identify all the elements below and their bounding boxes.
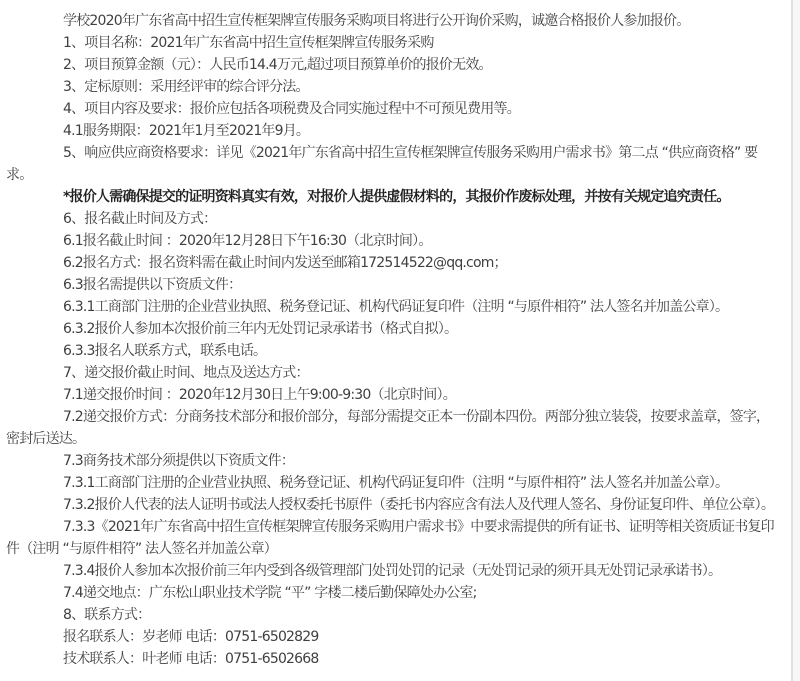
document-line: 学校2020年广东省高中招生宣传框架牌宣传服务采购项目将进行公开询价采购，诚邀合… — [6, 10, 786, 32]
document-line: 6.3.1工商部门注册的企业营业执照、税务登记证、机构代码证复印件（注明 “与原… — [6, 296, 786, 318]
document-line: 3、定标原则：采用经评审的综合评分法。 — [6, 76, 786, 98]
announcement-body: 学校2020年广东省高中招生宣传框架牌宣传服务采购项目将进行公开询价采购，诚邀合… — [0, 0, 786, 670]
document-line: 7.3.4报价人参加本次报价前三年内受到各级管理部门处罚处罚的记录（无处罚记录的… — [6, 560, 786, 582]
document-line: 技术联系人：叶老师 电话：0751-6502668 — [6, 648, 786, 670]
document-line: 6.1报名截止时间 ：2020年12月28日下午16:30（北京时间）。 — [6, 230, 786, 252]
document-line: 5、响应供应商资格要求：详见《2021年广东省高中招生宣传框架牌宣传服务采购用户… — [6, 142, 786, 164]
document-line: 7.3.1工商部门注册的企业营业执照、税务登记证、机构代码证复印件（注明 “与原… — [6, 472, 786, 494]
document-line: 4.1服务期限：2021年1月至2021年9月。 — [6, 120, 786, 142]
document-line: 6.2报名方式：报名资料需在截止时间内发送至邮箱172514522@qq.com… — [6, 252, 786, 274]
document-line: 7、递交报价截止时间、地点及送达方式： — [6, 362, 786, 384]
document-line: 6、报名截止时间及方式： — [6, 208, 786, 230]
document-line: 密封后送达。 — [6, 428, 786, 450]
document-line: 2、项目预算金额（元）：人民币14.4万元,超过项目预算单价的报价无效。 — [6, 54, 786, 76]
document-line: *报价人需确保提交的证明资料真实有效，对报价人提供虚假材料的，其报价作废标处理，… — [6, 186, 786, 208]
document-line: 7.3.2报价人代表的法人证明书或法人授权委托书原件（委托书内容应含有法人及代理… — [6, 494, 786, 516]
page: { "page": { "width": 800, "height": 681,… — [0, 0, 800, 681]
document-line: 4、项目内容及要求：报价应包括各项税费及合同实施过程中不可预见费用等。 — [6, 98, 786, 120]
document-line: 7.4递交地点：广东松山职业技术学院 “平” 字楼二楼后勤保障处办公室; — [6, 582, 786, 604]
scrollbar-track — [793, 0, 800, 681]
document-line: 6.3报名需提供以下资质文件： — [6, 274, 786, 296]
document-line: 6.3.3报名人联系方式，联系电话。 — [6, 340, 786, 362]
document-line: 7.1递交报价时间 ：2020年12月30日上午9:00-9:30（北京时间）。 — [6, 384, 786, 406]
document-line: 7.3商务技术部分须提供以下资质文件： — [6, 450, 786, 472]
document-line: 1、项目名称：2021年广东省高中招生宣传框架牌宣传服务采购 — [6, 32, 786, 54]
document-line: 6.3.2报价人参加本次报价前三年内无处罚记录承诺书（格式自拟）。 — [6, 318, 786, 340]
document-line: 报名联系人：岁老师 电话：0751-6502829 — [6, 626, 786, 648]
document-line: 7.3.3《2021年广东省高中招生宣传框架牌宣传服务采购用户需求书》中要求需提… — [6, 516, 786, 538]
document-line: 7.2递交报价方式：分商务技术部分和报价部分，每部分需提交正本一份副本四份。两部… — [6, 406, 786, 428]
document-line: 8、联系方式： — [6, 604, 786, 626]
document-line: 求。 — [6, 164, 786, 186]
document-line: 件（注明 “与原件相符” 法人签名并加盖公章） — [6, 538, 786, 560]
